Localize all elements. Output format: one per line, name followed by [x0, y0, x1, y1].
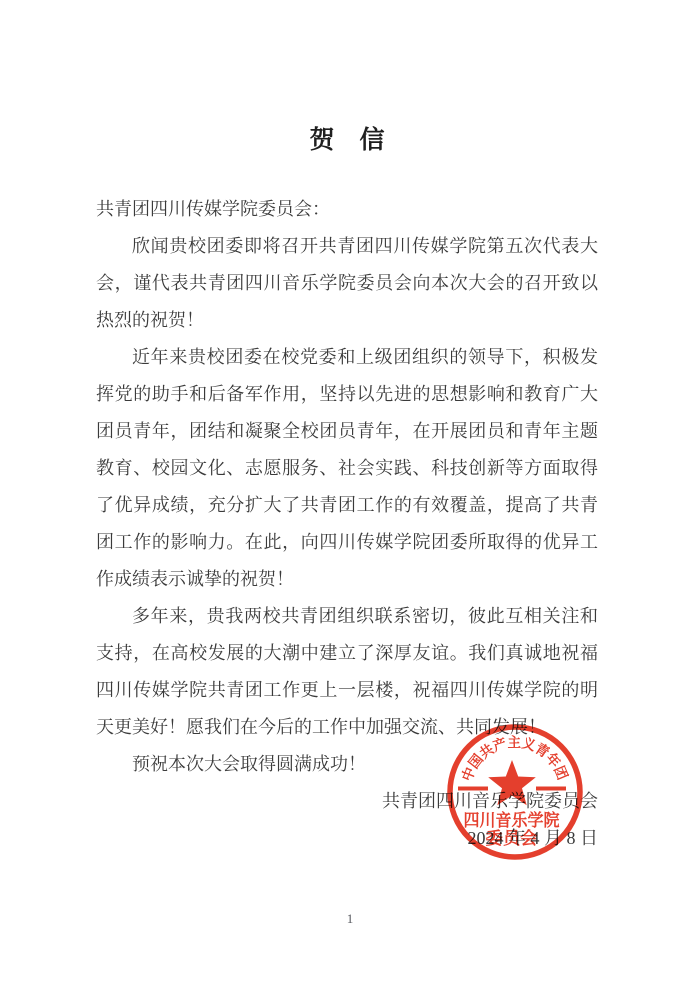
seal-org-name: 四川音乐学院: [464, 810, 560, 830]
seal-banner-bar-right: [536, 787, 566, 791]
letter-paragraph-2: 近年来贵校团委在校党委和上级团组织的领导下，积极发挥党的助手和后备军作用，坚持以…: [96, 339, 598, 598]
official-seal: 中国共产主义青年团 四川音乐学院 委员会: [445, 722, 585, 862]
letter-page: 贺 信 共青团四川传媒学院委员会： 欣闻贵校团委即将召开共青团四川传媒学院第五次…: [0, 0, 700, 989]
page-number: 1: [0, 910, 700, 928]
letter-title: 贺 信: [96, 122, 598, 158]
letter-salutation: 共青团四川传媒学院委员会：: [96, 191, 598, 228]
letter-paragraph-1: 欣闻贵校团委即将召开共青团四川传媒学院第五次代表大会，谨代表共青团四川音乐学院委…: [96, 228, 598, 339]
seal-star-icon: [488, 760, 536, 805]
seal-org-committee: 委员会: [486, 828, 538, 848]
seal-banner-bar-left: [458, 787, 488, 791]
